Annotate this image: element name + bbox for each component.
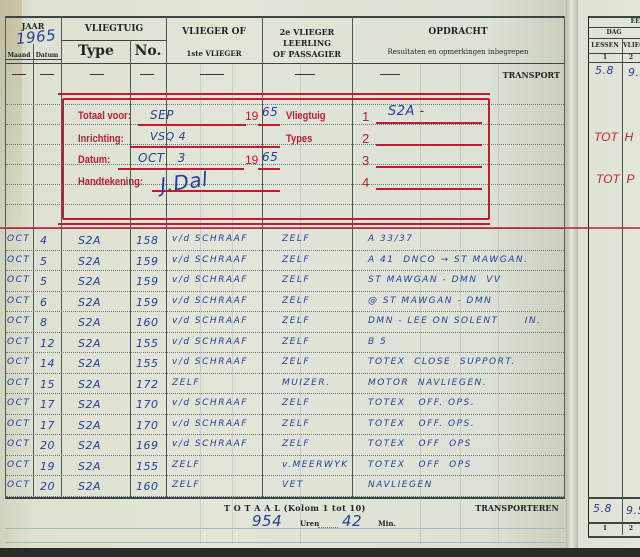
right-footer-rule: [588, 497, 640, 499]
datum-label: Datum: [33, 52, 61, 59]
day-cell: 8: [40, 316, 48, 329]
right-col-sep: [622, 38, 623, 535]
day-cell: 17: [40, 398, 55, 411]
faint-grid: [498, 64, 499, 544]
aircraft-no-cell: 155: [136, 337, 159, 350]
remarks-cell: TOTEX OFF. OPS.: [368, 398, 475, 408]
month-cell: OCT: [7, 234, 30, 244]
day-cell: 12: [40, 337, 55, 350]
second-pilot-cell: v.MEERWYK: [282, 460, 349, 470]
lessen-label: LESSEN: [588, 42, 622, 49]
row-rule: [6, 455, 564, 456]
row-rule: [6, 475, 564, 476]
remarks-cell: @ ST MAWGAN - DMN: [368, 296, 492, 306]
aircraft-type-cell: S2A: [78, 378, 101, 391]
types-label: Types: [286, 133, 312, 145]
type-slot-num: 1: [362, 109, 369, 124]
maand-label: Maand: [5, 52, 33, 59]
second-pilot-cell: ZELF: [282, 296, 310, 306]
row-rule: [6, 496, 564, 497]
second-pilot-cell: ZELF: [282, 439, 310, 449]
vliegtuig-sub-rule: [62, 40, 166, 41]
pilot-cell: ZELF: [172, 378, 200, 388]
passagier-label: OF PASSAGIER: [262, 49, 352, 59]
col1-number: 1: [588, 54, 622, 61]
pilot-cell: ZELF: [172, 460, 200, 470]
footer-sub-rule: [5, 528, 565, 529]
right-footer-rule: [588, 522, 640, 524]
second-pilot-cell: ZELF: [282, 316, 310, 326]
type-slot-num: 3: [362, 153, 369, 168]
second-pilot-cell: ZELF: [282, 357, 310, 367]
tot-note: TOT H: [594, 130, 633, 144]
aircraft-type-cell: S2A: [78, 439, 101, 452]
remarks-cell: MOTOR NAVLIEGEN.: [368, 378, 487, 388]
table-shadow: [0, 548, 640, 557]
month-cell: OCT: [7, 419, 30, 429]
pilot-cell: v/d SCHRAAF: [172, 337, 248, 347]
tot-note: TOT P: [596, 172, 634, 186]
footer-col2-number: 2: [622, 525, 640, 532]
type-slot-line: [376, 166, 482, 168]
remarks-cell: A 41 DNCO → ST MAWGAN.: [368, 255, 528, 265]
row-rule: [6, 373, 564, 374]
row-rule: [6, 332, 564, 333]
remarks-cell: TOTEX OFF OPS: [368, 439, 472, 449]
day-cell: 15: [40, 378, 55, 391]
transporteren-label: TRANSPORTEREN: [470, 503, 564, 513]
pilot-cell: v/d SCHRAAF: [172, 316, 248, 326]
vliegtuig-label: VLIEGTUIG: [62, 24, 166, 34]
row-rule: [6, 434, 564, 435]
pilot-cell: v/d SCHRAAF: [172, 275, 248, 285]
opdracht-subtitle: Resultaten en opmerkingen inbegrepen: [352, 48, 564, 56]
aircraft-no-cell: 172: [136, 378, 159, 391]
vliegtuig-types-label: Vliegtuig: [286, 110, 325, 122]
aircraft-type-cell: S2A: [78, 337, 101, 350]
right-footer-rule: [588, 536, 640, 538]
aircraft-no-cell: 160: [136, 480, 159, 493]
remarks-cell: ST MAWGAN - DMN VV: [368, 275, 502, 285]
type-slot-value: S2A -: [388, 104, 425, 119]
datum-label: Datum:: [78, 154, 110, 166]
second-pilot-cell: ZELF: [282, 255, 310, 265]
type-slot-line: [376, 144, 482, 146]
aircraft-type-cell: S2A: [78, 460, 101, 473]
transport-dash: [90, 74, 104, 75]
transport-dash: [295, 74, 315, 75]
day-cell: 4: [40, 234, 48, 247]
dag-label: DAG: [588, 29, 640, 36]
red-divider: [0, 227, 640, 229]
col-sep: [5, 16, 6, 498]
month-cell: OCT: [7, 357, 30, 367]
pilot-cell: v/d SCHRAAF: [172, 357, 248, 367]
inrichting-value: VSQ 4: [150, 130, 186, 143]
pilot-cell: v/d SCHRAAF: [172, 419, 248, 429]
aircraft-no-cell: 159: [136, 255, 159, 268]
type-slot-num: 2: [362, 131, 369, 146]
transport-dash: [140, 74, 154, 75]
totaal-year-line: [258, 124, 280, 126]
col-sep: [564, 16, 565, 498]
totaal-year-value: 65: [262, 105, 278, 119]
day-cell: 20: [40, 480, 55, 493]
row-rule: [6, 270, 564, 271]
pilot-cell: v/d SCHRAAF: [172, 439, 248, 449]
day-cell: 6: [40, 296, 48, 309]
aircraft-no-cell: 169: [136, 439, 159, 452]
month-cell: OCT: [7, 255, 30, 265]
second-pilot-cell: ZELF: [282, 419, 310, 429]
second-pilot-cell: ZELF: [282, 275, 310, 285]
transport-dash: [380, 74, 400, 75]
second-pilot-cell: VET: [282, 480, 304, 490]
transport-dash: [12, 74, 26, 75]
col-sep: [61, 16, 62, 498]
leerling-label: LEERLING: [262, 38, 352, 48]
row-rule: [6, 414, 564, 415]
remarks-cell: DMN - LEE ON SOLENT IN.: [368, 316, 541, 326]
right-page-edge: [588, 16, 589, 536]
month-cell: OCT: [7, 337, 30, 347]
row-rule: [6, 352, 564, 353]
type-slot-line: [376, 122, 482, 124]
col-sep: [33, 44, 34, 498]
vlieger-label: VLIEGE: [623, 42, 640, 49]
second-pilot-cell: MUIZER.: [282, 378, 330, 388]
datum-year-value: 65: [262, 150, 278, 164]
header-bottom-rule: [5, 63, 565, 64]
datum-year-prefix: 19: [245, 153, 258, 167]
aircraft-no-cell: 159: [136, 296, 159, 309]
remarks-cell: TOTEX OFF OPS: [368, 460, 472, 470]
inrichting-label: Inrichting:: [78, 133, 124, 145]
month-cell: OCT: [7, 316, 30, 326]
transporteren-vlieger: 9.5: [626, 504, 640, 517]
row-rule: [6, 311, 564, 312]
right-rule: [588, 38, 640, 39]
transporteren-lessen: 5.8: [593, 502, 612, 515]
logbook-right-page: EEN DAG LESSEN VLIEGE 1 2 5.8 9.5 TOT H …: [578, 0, 640, 550]
aircraft-no-cell: 170: [136, 419, 159, 432]
totaal-voor-label: Totaal voor:: [78, 110, 131, 122]
month-cell: OCT: [7, 275, 30, 285]
day-cell: 14: [40, 357, 55, 370]
remarks-cell: NAVLIEGEN: [368, 480, 433, 490]
remarks-cell: TOTEX OFF. OPS.: [368, 419, 475, 429]
right-rule: [588, 27, 640, 28]
day-cell: 20: [40, 439, 55, 452]
transport-dash: [40, 74, 54, 75]
aircraft-no-cell: 155: [136, 460, 159, 473]
footer-top-rule: [5, 497, 565, 499]
aircraft-type-cell: S2A: [78, 255, 101, 268]
aircraft-type-cell: S2A: [78, 398, 101, 411]
month-cell: OCT: [7, 378, 30, 388]
aircraft-type-cell: S2A: [78, 316, 101, 329]
month-cell: OCT: [7, 439, 30, 449]
day-cell: 5: [40, 255, 48, 268]
day-cell: 19: [40, 460, 55, 473]
uren-label: Uren: [300, 519, 319, 528]
col-sep: [262, 16, 263, 498]
aircraft-no-cell: 160: [136, 316, 159, 329]
transport-vlieger: 9.5: [628, 66, 640, 79]
year-value: 1965: [15, 26, 57, 48]
month-cell: OCT: [7, 296, 30, 306]
totaal-voor-value: SEP: [150, 108, 174, 122]
tweede-vlieger-label: 2e VLIEGER: [262, 27, 352, 37]
month-cell: OCT: [7, 480, 30, 490]
datum-year-line: [258, 168, 280, 170]
month-cell: OCT: [7, 398, 30, 408]
aircraft-no-cell: 155: [136, 357, 159, 370]
aircraft-no-cell: 170: [136, 398, 159, 411]
datum-value: OCT 3: [138, 151, 186, 165]
remarks-cell: A 33/37: [368, 234, 413, 244]
aircraft-no-cell: 158: [136, 234, 159, 247]
remarks-cell: B 5: [368, 337, 387, 347]
row-rule: [6, 291, 564, 292]
aircraft-type-cell: S2A: [78, 419, 101, 432]
aircraft-type-cell: S2A: [78, 234, 101, 247]
remarks-cell: TOTEX CLOSE SUPPORT.: [368, 357, 516, 367]
aircraft-no-cell: 159: [136, 275, 159, 288]
eerste-vlieger-label: 1ste VLIEGER: [166, 49, 262, 58]
aircraft-type-cell: S2A: [78, 296, 101, 309]
transport-lessen: 5.8: [595, 64, 614, 77]
aircraft-type-cell: S2A: [78, 480, 101, 493]
totaal-year-prefix: 19: [245, 109, 258, 123]
aircraft-type-cell: S2A: [78, 275, 101, 288]
opdracht-label: OPDRACHT: [352, 27, 564, 37]
handtekening-label: Handtekening:: [78, 176, 143, 188]
transport-dash: [200, 74, 224, 75]
no-label: No.: [130, 43, 166, 59]
pilot-cell: v/d SCHRAAF: [172, 234, 248, 244]
pilot-cell: v/d SCHRAAF: [172, 296, 248, 306]
day-cell: 5: [40, 275, 48, 288]
footer-sub-rule: [5, 542, 565, 543]
een-label: EEN: [628, 18, 640, 25]
logbook-left-page: JAAR 1965 Maand Datum VLIEGTUIG Type No.…: [0, 0, 572, 550]
second-pilot-cell: ZELF: [282, 398, 310, 408]
totaal-voor-line: [138, 124, 246, 126]
col2-number: 2: [622, 54, 640, 61]
aircraft-type-cell: S2A: [78, 357, 101, 370]
type-slot-num: 4: [362, 175, 369, 190]
vlieger-of-label: VLIEGER OF: [166, 27, 262, 37]
pilot-cell: ZELF: [172, 480, 200, 490]
col-sep: [166, 16, 167, 498]
day-cell: 17: [40, 419, 55, 432]
col-sep: [352, 16, 353, 498]
month-cell: OCT: [7, 460, 30, 470]
pilot-cell: v/d SCHRAAF: [172, 398, 248, 408]
footer-col1-number: 1: [588, 525, 622, 532]
min-label: Min.: [378, 519, 396, 528]
right-rule: [588, 62, 640, 63]
row-rule: [6, 250, 564, 251]
inrichting-line: [130, 146, 280, 148]
row-rule: [6, 393, 564, 394]
pilot-cell: v/d SCHRAAF: [172, 255, 248, 265]
header-top-rule: [5, 16, 565, 18]
type-label: Type: [62, 43, 130, 59]
second-pilot-cell: ZELF: [282, 337, 310, 347]
second-pilot-cell: ZELF: [282, 234, 310, 244]
transport-label: TRANSPORT: [490, 70, 560, 80]
type-slot-line: [376, 188, 482, 190]
